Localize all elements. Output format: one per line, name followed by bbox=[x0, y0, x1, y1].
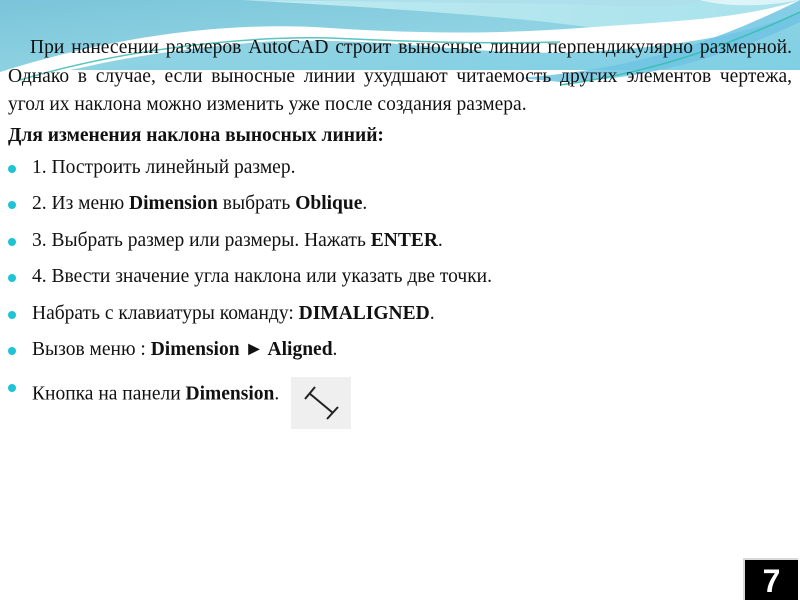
list-item-text: . bbox=[430, 303, 435, 324]
bullet-icon bbox=[8, 165, 16, 173]
bold-term: DIMALIGNED bbox=[299, 303, 430, 324]
bullet-icon bbox=[8, 201, 16, 209]
list-item-text: Кнопка на панели bbox=[32, 383, 186, 404]
dim-aligned-icon bbox=[291, 377, 351, 429]
list-item: 4. Ввести значение угла наклона или указ… bbox=[8, 259, 792, 296]
steps-list: 1. Построить линейный размер.2. Из меню … bbox=[8, 150, 792, 406]
list-item: 2. Из меню Dimension выбрать Oblique. bbox=[8, 186, 792, 223]
list-item-text: Вызов меню : bbox=[32, 339, 151, 360]
bold-term: Dimension bbox=[186, 383, 275, 404]
slide-content: При нанесении размеров AutoCAD строит вы… bbox=[8, 34, 792, 405]
list-item-text: Набрать с клавиатуры команду: bbox=[32, 303, 299, 324]
bullet-icon bbox=[8, 238, 16, 246]
intro-paragraph-text: При нанесении размеров AutoCAD строит вы… bbox=[8, 37, 792, 115]
bullet-icon bbox=[8, 311, 16, 319]
list-item-text: . bbox=[362, 193, 367, 214]
bold-term: Dimension bbox=[129, 193, 218, 214]
page-number: 7 bbox=[743, 558, 798, 600]
list-item: 3. Выбрать размер или размеры. Нажать EN… bbox=[8, 223, 792, 260]
list-item-text: 3. Выбрать размер или размеры. Нажать bbox=[32, 230, 371, 251]
list-item-text: . bbox=[438, 230, 443, 251]
dimension-aligned-toolbar-button[interactable] bbox=[291, 377, 351, 429]
bold-term: Dimension ► Aligned bbox=[151, 339, 333, 360]
bullet-icon bbox=[8, 384, 16, 392]
bullet-icon bbox=[8, 347, 16, 355]
list-item: Вызов меню : Dimension ► Aligned. bbox=[8, 332, 792, 369]
bold-term: ENTER bbox=[371, 230, 438, 251]
list-item: 1. Построить линейный размер. bbox=[8, 150, 792, 187]
bold-term: Oblique bbox=[295, 193, 362, 214]
list-item-text: 2. Из меню bbox=[32, 193, 129, 214]
list-item-text: . bbox=[274, 383, 279, 404]
section-heading: Для изменения наклона выносных линий: bbox=[8, 122, 792, 150]
bullet-icon bbox=[8, 274, 16, 282]
list-item-text: 4. Ввести значение угла наклона или указ… bbox=[32, 266, 492, 287]
list-item-text: . bbox=[333, 339, 338, 360]
list-item: Кнопка на панели Dimension. bbox=[8, 369, 792, 406]
list-item: Набрать с клавиатуры команду: DIMALIGNED… bbox=[8, 296, 792, 333]
intro-paragraph: При нанесении размеров AutoCAD строит вы… bbox=[8, 34, 792, 120]
list-item-text: 1. Построить линейный размер. bbox=[32, 157, 295, 178]
list-item-text: выбрать bbox=[218, 193, 295, 214]
